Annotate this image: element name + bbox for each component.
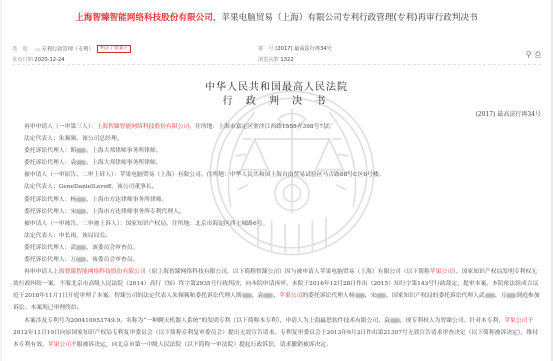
party-text: 法定代表人：GeneDanielLevoff，该公司董事长。: [24, 184, 158, 190]
paragraph-text: （原上海智臻网络科技有限公司，以下简称智臻公司）因与被申请人苹果电脑贸易（上海）…: [146, 269, 430, 275]
redacted-name: [76, 148, 86, 153]
print-icon[interactable]: ⎙: [535, 50, 541, 59]
party-text: 委托诉讼代理人：杨: [24, 197, 76, 203]
party-text: 委托诉讼代理人：万: [24, 257, 76, 263]
paragraph-text: 、万: [495, 293, 507, 299]
party-text: 法定代表人：申长雨，该局局长。: [24, 233, 111, 239]
redacted-name: [376, 293, 386, 298]
meta-publish-date: 发布日期 2020-12-24: [12, 56, 65, 63]
party-link[interactable]: 苹果公司: [430, 269, 453, 275]
views-label: 浏览次数: [258, 57, 279, 63]
publish-label: 发布日期: [12, 57, 33, 63]
redacted-name: [263, 293, 273, 298]
party-line: 委托诉讼代理人：杨，上海市方达律师事务所律师。: [24, 194, 542, 206]
paragraph-text: 、袁: [252, 293, 264, 299]
publish-value: 2020-12-24: [34, 57, 64, 63]
case-label: 案 号: [258, 46, 274, 52]
redacted-name: [390, 318, 400, 323]
document-title: 上海智臻智能网络科技股份有限公司，苹果电脑贸易（上海）有限公司专利行政管理(专利…: [2, 11, 551, 23]
party-line: 再审申请人（一审第三人）：上海智臻智能网络科技股份有限公司。住所地：上海市嘉定区…: [24, 121, 542, 133]
redacted-name: [506, 293, 516, 298]
party-link[interactable]: 上海智臻智能网络科技股份有限公司: [53, 269, 146, 275]
redacted-name: [76, 209, 86, 214]
case-value: (2017) 最高法行再34号: [275, 46, 332, 52]
title-party-link[interactable]: 上海智臻智能网络科技股份有限公司: [75, 13, 213, 23]
meta-views: 浏览次数 1322: [258, 56, 294, 63]
redacted-name: [76, 245, 86, 250]
party-text: 再审申请人（一审第三人）：: [24, 124, 96, 130]
party-line: 委托诉讼代理人：宋，上海市方达律师事务所专利代理人。: [24, 206, 542, 218]
paragraph-text: ，国家知识产权局的委托诉讼代理人武: [386, 293, 485, 299]
party-link[interactable]: 苹果公司: [48, 342, 71, 348]
redacted-name: [76, 160, 86, 165]
party-text: ，上海大邦律师事务所律师。: [86, 148, 161, 154]
party-text: 。住所地：上海市嘉定区金沙江西路1555弄398号7层。: [189, 124, 334, 130]
redacted-name: [355, 293, 365, 298]
meta-case-number: 案 号 (2017) 最高法行再34号: [258, 45, 332, 52]
title-rest: ，苹果电脑贸易（上海）有限公司专利行政管理(专利)再审行政判决书: [213, 13, 478, 23]
party-text: 委托诉讼代理人：武: [24, 245, 76, 251]
party-line: 委托诉讼代理人：武，该委员会审查员。: [24, 242, 542, 254]
party-line: 委托诉讼代理人：袁，上海大邦律师事务所律师。: [24, 157, 542, 169]
party-text: 法定代表人：朱频频，该公司总经理。: [24, 136, 123, 142]
redacted-name: [242, 293, 252, 298]
redacted-name: [485, 293, 495, 298]
paragraph-background: 本案涉及专利号为200410053749.9、名称为“一种聊天机器人系统”的发明…: [13, 315, 542, 351]
views-value: 1322: [280, 57, 293, 63]
party-text: ，上海大邦律师事务所律师。: [86, 160, 161, 166]
party-link[interactable]: 苹果公司: [279, 293, 302, 299]
share-icon[interactable]: ⚲: [526, 50, 532, 59]
status-tag: 纠正了错案子: [97, 45, 131, 53]
party-line: 被申请人（一审原告、二审上诉人）：苹果电脑贸易（上海）有限公司。住所地：中华人民…: [24, 169, 542, 181]
action-icons: ⚲⎙: [523, 50, 541, 60]
paragraph-text: 、宋: [365, 293, 377, 299]
party-link[interactable]: 苹果公司: [504, 318, 527, 324]
party-text: 委托诉讼代理人：袁: [24, 160, 76, 166]
paragraph-text: 的委托诉讼代理人杨: [302, 293, 354, 299]
header-divider: [12, 64, 541, 65]
judgment-page: 上海智臻智能网络科技股份有限公司，苹果电脑贸易（上海）有限公司专利行政管理(专利…: [2, 0, 551, 361]
paragraph-procedure: 再审申请人上海智臻智能网络科技股份有限公司（原上海智臻网络科技有限公司，以下简称…: [13, 266, 542, 314]
paragraph-text: 本案涉及专利号为200410053749.9、名称为“一种聊天机器人系统”的发明…: [24, 318, 390, 324]
judgment-body: 再审申请人（一审第三人）：上海智臻智能网络科技股份有限公司。住所地：上海市嘉定区…: [24, 121, 542, 351]
redacted-name: [76, 197, 86, 202]
paragraph-text: ，现专利权人为智臻公司。针对本专利，: [400, 318, 504, 324]
party-list: 再审申请人（一审第三人）：上海智臻智能网络科技股份有限公司。住所地：上海市嘉定区…: [24, 121, 542, 266]
party-line: 委托诉讼代理人：斯，上海大邦律师事务所律师。: [24, 145, 542, 157]
party-text: 委托诉讼代理人：斯: [24, 148, 76, 154]
paragraph-text: 不服被诉决定，向北京市第一中级人民法院（以下简称一审法院）提起行政诉讼，请求撤销…: [71, 342, 332, 348]
meta-category: 类 别 ▭ 专利行政管理（专利） 纠正了错案子: [12, 45, 131, 53]
court-name: 中华人民共和国最高人民法院: [2, 78, 551, 93]
paragraph-text: 再审申请人: [24, 269, 53, 275]
category-label: 类 别: [12, 47, 28, 53]
redacted-name: [76, 257, 86, 262]
party-text: ，上海市方达律师事务所专利代理人。: [86, 209, 185, 215]
party-line: 被申请人（一审被告、二审被上诉人）：国家知识产权局。住所地：北京市海淀区西土城路…: [24, 218, 542, 230]
party-line: 法定代表人：申长雨，该局局长。: [24, 230, 542, 242]
party-line: 法定代表人：GeneDanielLevoff，该公司董事长。: [24, 181, 542, 193]
judgment-title: 行 政 判 决 书: [2, 92, 551, 107]
party-text: 被申请人（一审原告、二审上诉人）：苹果电脑贸易（上海）有限公司。住所地：中华人民…: [24, 172, 384, 178]
party-link[interactable]: 上海智臻智能网络科技股份有限公司: [96, 124, 189, 130]
category-value[interactable]: 专利行政管理（专利）: [42, 47, 94, 53]
party-text: ，上海市方达律师事务所律师。: [86, 197, 167, 203]
folder-icon: ▭: [35, 47, 40, 53]
party-text: 委托诉讼代理人：宋: [24, 209, 76, 215]
party-text: 被申请人（一审被告、二审被上诉人）：国家知识产权局。住所地：北京市海淀区西土城路…: [24, 221, 268, 227]
party-text: ，该委员会审查员。: [86, 257, 138, 263]
party-line: 法定代表人：朱频频，该公司总经理。: [24, 133, 542, 145]
judgment-case-number: (2017) 最高法行再34号: [476, 109, 542, 118]
party-text: ，该委员会审查员。: [86, 245, 138, 251]
party-line: 委托诉讼代理人：万，该委员会审查员。: [24, 254, 542, 266]
